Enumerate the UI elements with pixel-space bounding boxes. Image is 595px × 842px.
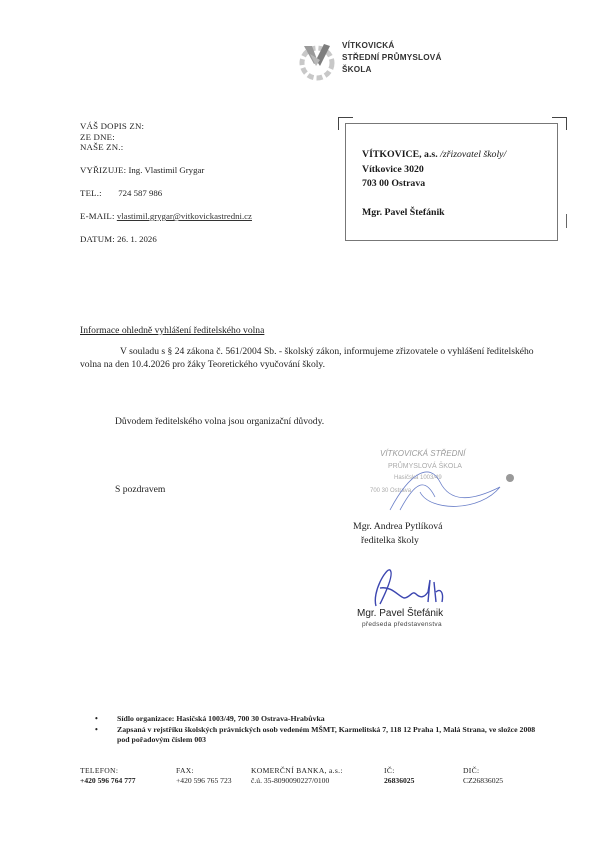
footer-col-bank: KOMERČNÍ BANKA, a.s.: č.ú. 35-8090090227…	[251, 766, 343, 785]
stamp-signature-icon: VÍTKOVICKÁ STŘEDNÍ PRŮMYSLOVÁ ŠKOLA Hasi…	[360, 442, 520, 512]
letter-reason: Důvodem ředitelského volna jsou organiza…	[115, 416, 324, 427]
datum-row: DATUM: 26. 1. 2026	[80, 234, 157, 245]
tel-label: TEL.:	[80, 188, 116, 199]
footer-label: KOMERČNÍ BANKA, a.s.:	[251, 766, 343, 776]
signatory-1-name: Mgr. Andrea Pytlíková	[353, 520, 443, 534]
footer-label: FAX:	[176, 766, 232, 776]
datum-label: DATUM:	[80, 234, 115, 244]
vyrizuje-row: VYŘIZUJE: Ing. Vlastimil Grygar	[80, 165, 204, 176]
signature-1: Mgr. Andrea Pytlíková ředitelka školy	[353, 520, 443, 548]
logo-line: STŘEDNÍ PRŮMYSLOVÁ	[342, 52, 442, 64]
tel-row: TEL.: 724 587 986	[80, 188, 162, 199]
email-link[interactable]: vlastimil.grygar@vitkovickastredni.cz	[117, 211, 252, 221]
signatory-2-name: Mgr. Pavel Štefánik	[357, 608, 443, 619]
school-gear-logo-icon	[296, 40, 338, 82]
paragraph-text: V souladu s § 24 zákona č. 561/2004 Sb. …	[80, 346, 534, 370]
address-recipient: Mgr. Pavel Štefánik	[362, 206, 506, 221]
signatory-2-role: předseda představenstva	[362, 621, 442, 628]
footer-value: +420 596 765 723	[176, 776, 232, 786]
nase-zn-label: NAŠE ZN.:	[80, 142, 144, 153]
email-row: E-MAIL: vlastimil.grygar@vitkovickastred…	[80, 211, 252, 222]
svg-text:VÍTKOVICKÁ STŘEDNÍ: VÍTKOVICKÁ STŘEDNÍ	[380, 449, 467, 458]
email-label: E-MAIL:	[80, 211, 115, 221]
svg-text:700 30 Ostrava: 700 30 Ostrava	[370, 488, 412, 494]
footer-bullet: Sídlo organizace: Hasičská 1003/49, 700 …	[95, 714, 545, 725]
footer-col-fax: FAX: +420 596 765 723	[176, 766, 232, 785]
letter-paragraph: V souladu s § 24 zákona č. 561/2004 Sb. …	[80, 345, 540, 372]
school-stamp: VÍTKOVICKÁ STŘEDNÍ PRŮMYSLOVÁ ŠKOLA Hasi…	[360, 442, 520, 512]
signature-scribble-icon	[368, 562, 488, 612]
svg-text:PRŮMYSLOVÁ ŠKOLA: PRŮMYSLOVÁ ŠKOLA	[388, 461, 462, 470]
tel-value: 724 587 986	[118, 188, 162, 198]
address-line-1: VÍTKOVICE, a.s. /zřizovatel školy/	[362, 148, 506, 163]
datum-value: 26. 1. 2026	[117, 234, 157, 244]
footer-value: č.ú. 35-8090090227/0100	[251, 776, 343, 786]
footer-value: CZ26836025	[463, 776, 503, 786]
footer-label: TELEFON:	[80, 766, 136, 776]
logo-line: ŠKOLA	[342, 64, 442, 76]
logo-text: VÍTKOVICKÁ STŘEDNÍ PRŮMYSLOVÁ ŠKOLA	[342, 40, 442, 76]
recipient-address: VÍTKOVICE, a.s. /zřizovatel školy/ Vítko…	[362, 148, 506, 220]
letter-subject: Informace ohledně vyhlášení ředitelského…	[80, 325, 264, 336]
footer-value: +420 596 764 777	[80, 776, 136, 786]
footer-value: 26836025	[384, 776, 414, 786]
address-line-3: 703 00 Ostrava	[362, 177, 506, 192]
logo-line: VÍTKOVICKÁ	[342, 40, 442, 52]
footer-col-ic: IČ: 26836025	[384, 766, 414, 785]
header-ref-block: VÁŠ DOPIS ZN: ZE DNE: NAŠE ZN.:	[80, 121, 144, 153]
footer-label: DIČ:	[463, 766, 503, 776]
address-line-2: Vítkovice 3020	[362, 163, 506, 178]
footer-bullet: Zapsaná v rejstříku školských právnickýc…	[95, 725, 545, 746]
footer-label: IČ:	[384, 766, 414, 776]
address-corner-mark	[560, 214, 567, 228]
vas-dopis-label: VÁŠ DOPIS ZN:	[80, 121, 144, 132]
school-logo: VÍTKOVICKÁ STŘEDNÍ PRŮMYSLOVÁ ŠKOLA	[296, 38, 496, 84]
vyrizuje-label: VYŘIZUJE:	[80, 165, 126, 175]
footer-col-phone: TELEFON: +420 596 764 777	[80, 766, 136, 785]
vyrizuje-value: Ing. Vlastimil Grygar	[128, 165, 204, 175]
ze-dne-label: ZE DNE:	[80, 132, 144, 143]
signatory-1-role: ředitelka školy	[353, 534, 443, 548]
footer-info: Sídlo organizace: Hasičská 1003/49, 700 …	[95, 714, 545, 746]
svg-text:Hasičská 1003/49: Hasičská 1003/49	[394, 475, 442, 481]
letter-greeting: S pozdravem	[115, 484, 165, 495]
company-name: VÍTKOVICE, a.s.	[362, 149, 438, 160]
footer-col-dic: DIČ: CZ26836025	[463, 766, 503, 785]
company-note: /zřizovatel školy/	[438, 149, 507, 160]
